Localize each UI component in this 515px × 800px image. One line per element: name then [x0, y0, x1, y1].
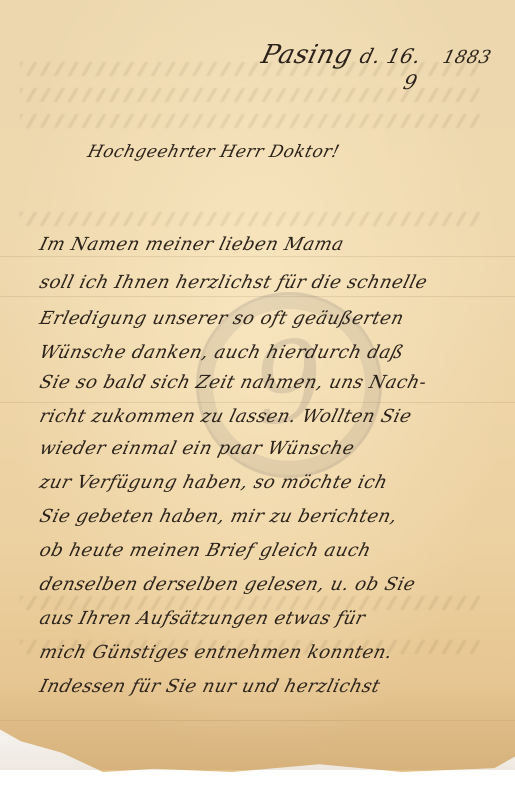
body-line: richt zukommen zu lassen. Wollten Sie	[37, 406, 414, 427]
paper-wear-shadow	[0, 680, 515, 770]
date-year: 1883	[440, 47, 493, 68]
body-line: zur Verfügung haben, so möchte ich	[37, 472, 389, 493]
letter-header-place-date: Pasing d. 16. 1883	[258, 40, 495, 70]
bleed-through-line	[20, 114, 480, 128]
salutation: Hochgeehrter Herr Doktor!	[86, 142, 342, 162]
body-line: Sie so bald sich Zeit nahmen, uns Nach-	[37, 372, 429, 393]
body-line: Sie gebeten haben, mir zu berichten,	[37, 506, 399, 527]
body-line: Im Namen meiner lieben Mama	[37, 234, 346, 255]
bleed-through-line	[20, 212, 480, 226]
body-line: aus Ihren Aufsätzungen etwas für	[37, 608, 367, 629]
date-day: d. 16.	[357, 44, 423, 68]
place-name: Pasing	[258, 40, 355, 70]
body-line: wieder einmal ein paar Wünsche	[37, 438, 356, 459]
body-line: soll ich Ihnen herzlichst für die schnel…	[37, 272, 429, 293]
body-line: ob heute meinen Brief gleich auch	[37, 540, 373, 561]
body-line: Erledigung unserer so oft geäußerten	[37, 308, 406, 329]
body-line: denselben derselben gelesen, u. ob Sie	[37, 574, 417, 595]
body-line: mich Günstiges entnehmen konnten.	[37, 642, 394, 663]
ruled-line	[0, 256, 515, 257]
body-line: Wünsche danken, auch hierdurch daß	[37, 342, 406, 363]
